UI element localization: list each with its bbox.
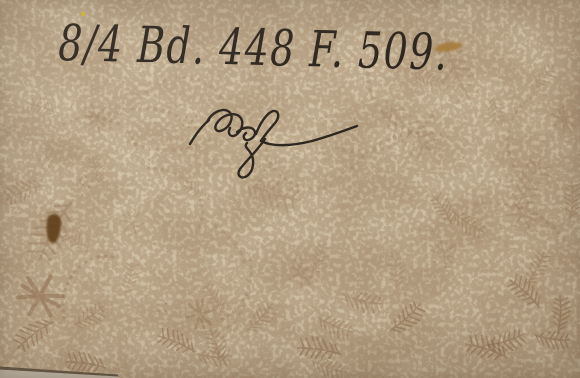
soft-blotch: [44, 136, 84, 164]
cover-art: 8/4 Bd. 448 F. 509.: [0, 0, 580, 378]
book-cover-photo: 8/4 Bd. 448 F. 509.: [0, 0, 580, 378]
shelfmark-inscription: 8/4 Bd. 448 F. 509.: [58, 14, 449, 82]
soft-blotch: [522, 218, 558, 242]
